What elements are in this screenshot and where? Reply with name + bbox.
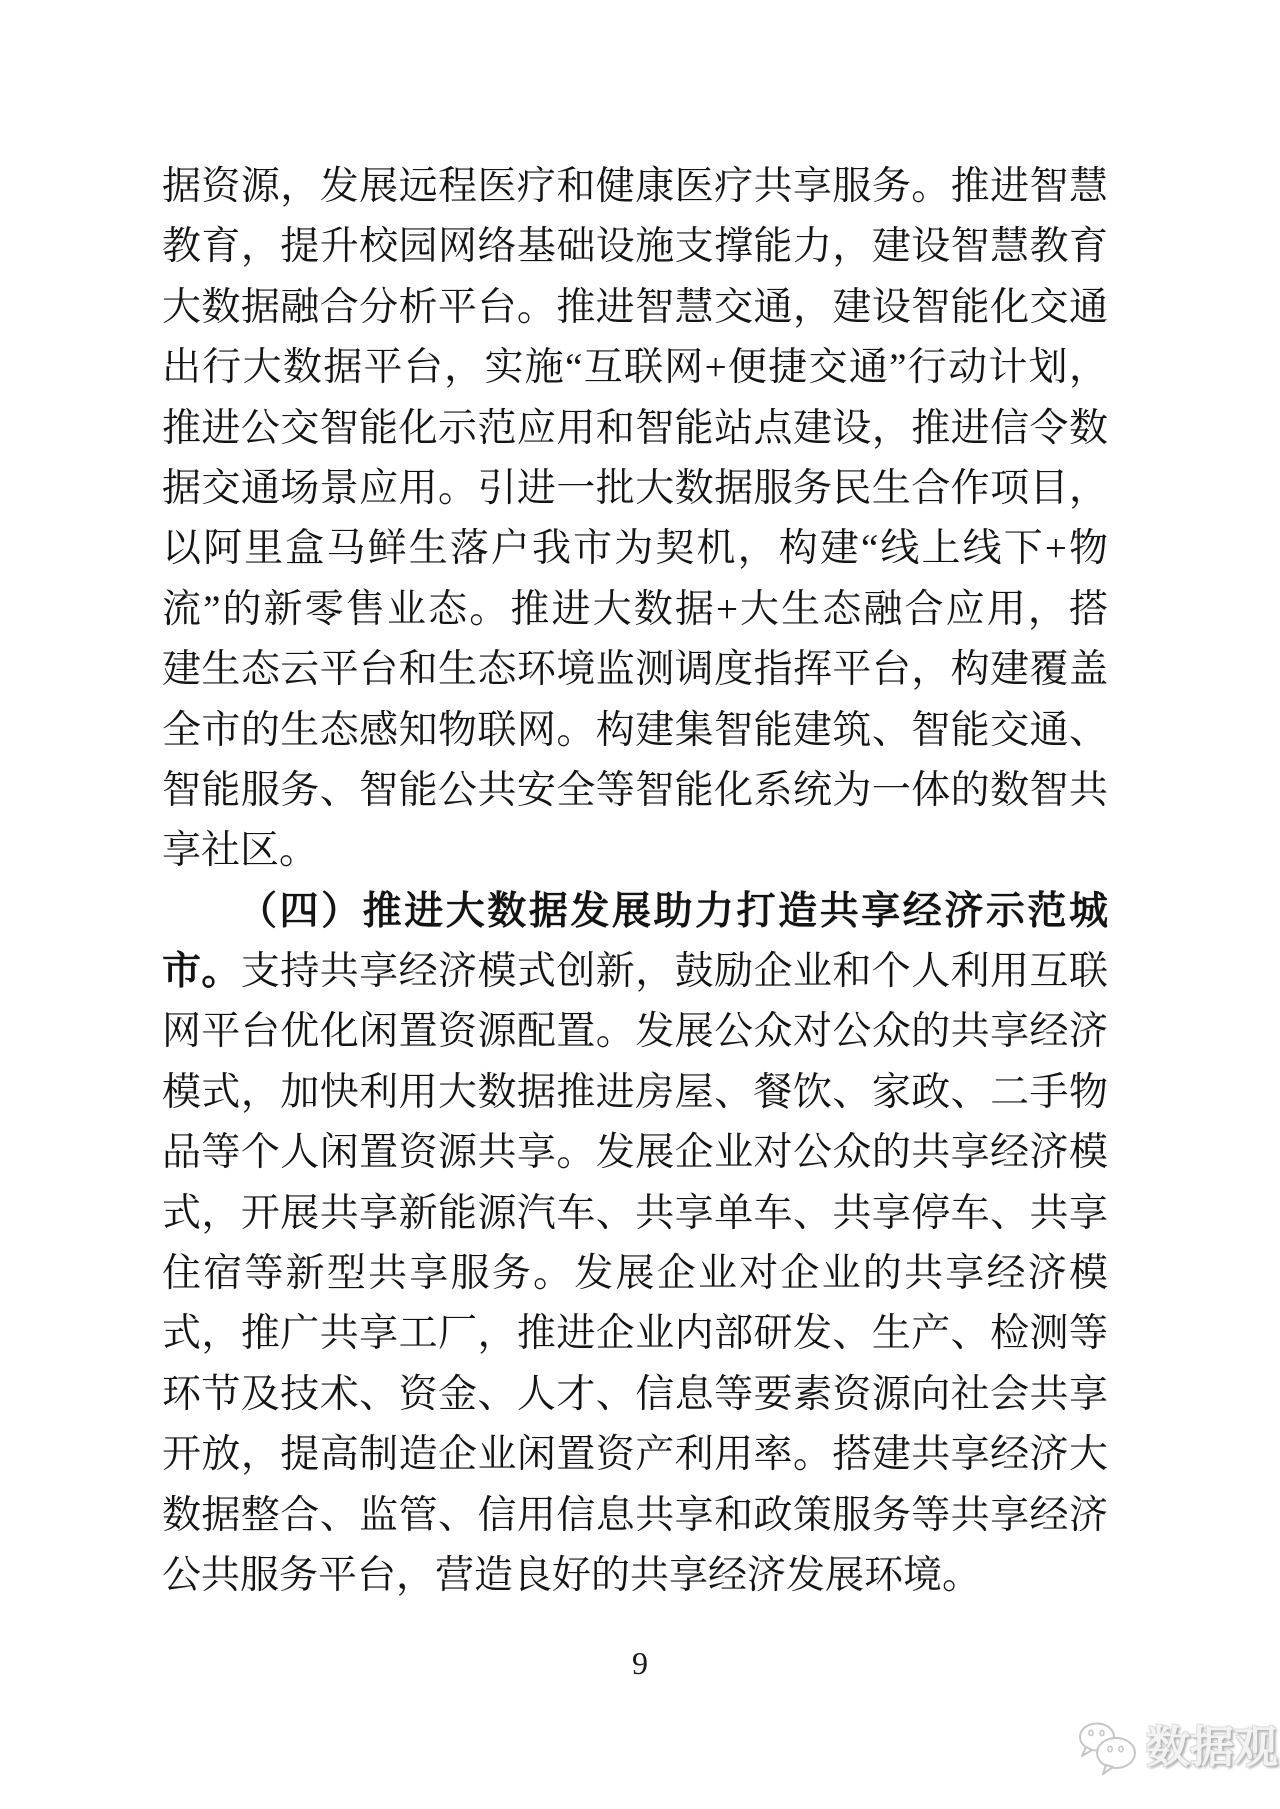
line-text: 智能服务、智能公共安全等智能化系统为一体的数智共 [162, 769, 1108, 812]
line-text: 开放，提高制造企业闲置资产利用率。搭建共享经济大 [162, 1433, 1108, 1476]
section-heading: （四）推进大数据发展助力打造共享经济示范城 [162, 882, 1108, 942]
text-line: 全市的生态感知物联网。构建集智能建筑、智能交通、 [162, 701, 1108, 761]
line-text: 推进公交智能化示范应用和智能站点建设，推进信令数 [162, 407, 1108, 450]
wechat-bubbles-icon [1076, 1720, 1138, 1776]
line-text: 以阿里盒马鲜生落户我市为契机，构建“线上线下+物 [162, 527, 1108, 570]
text-line: 环节及技术、资金、人才、信息等要素资源向社会共享 [162, 1365, 1108, 1425]
text-line: 据资源，发展远程医疗和健康医疗共享服务。推进智慧 [162, 157, 1108, 217]
line-text: 模式，加快利用大数据推进房屋、餐饮、家政、二手物 [162, 1071, 1108, 1114]
text-line: 推进公交智能化示范应用和智能站点建设，推进信令数 [162, 399, 1108, 459]
text-line: 据交通场景应用。引进一批大数据服务民生合作项目， [162, 459, 1108, 519]
text-line: 大数据融合分析平台。推进智慧交通，建设智能化交通 [162, 278, 1108, 338]
text-line: 住宿等新型共享服务。发展企业对企业的共享经济模 [162, 1244, 1108, 1304]
text-line: 流”的新零售业态。推进大数据+大生态融合应用，搭 [162, 580, 1108, 640]
line-text: 流”的新零售业态。推进大数据+大生态融合应用，搭 [162, 588, 1108, 631]
text-line: 式，开展共享新能源汽车、共享单车、共享停车、共享 [162, 1184, 1108, 1244]
text-line: 品等个人闲置资源共享。发展企业对公众的共享经济模 [162, 1123, 1108, 1183]
line-text: 据资源，发展远程医疗和健康医疗共享服务。推进智慧 [162, 165, 1108, 208]
line-bold-text: 市。 [162, 950, 241, 993]
line-text: 公共服务平台，营造良好的共享经济发展环境。 [162, 1554, 981, 1597]
body-text: 据资源，发展远程医疗和健康医疗共享服务。推进智慧 教育，提升校园网络基础设施支撑… [162, 157, 1108, 1606]
text-line: 数据整合、监管、信用信息共享和政策服务等共享经济 [162, 1486, 1108, 1546]
document-page: 据资源，发展远程医疗和健康医疗共享服务。推进智慧 教育，提升校园网络基础设施支撑… [0, 0, 1280, 1809]
text-line: 网平台优化闲置资源配置。发展公众对公众的共享经济 [162, 1002, 1108, 1062]
text-line: 公共服务平台，营造良好的共享经济发展环境。 [162, 1546, 1108, 1606]
line-bold-text: （四）推进大数据发展助力打造共享经济示范城 [238, 890, 1108, 933]
line-text: 大数据融合分析平台。推进智慧交通，建设智能化交通 [162, 286, 1108, 329]
text-line: 教育，提升校园网络基础设施支撑能力，建设智慧教育 [162, 217, 1108, 277]
text-line: 以阿里盒马鲜生落户我市为契机，构建“线上线下+物 [162, 519, 1108, 579]
text-line: 享社区。 [162, 821, 1108, 881]
text-line: 建生态云平台和生态环境监测调度指挥平台，构建覆盖 [162, 640, 1108, 700]
line-text: 品等个人闲置资源共享。发展企业对公众的共享经济模 [162, 1131, 1108, 1174]
text-line: 出行大数据平台，实施“互联网+便捷交通”行动计划， [162, 338, 1108, 398]
line-text: 数据整合、监管、信用信息共享和政策服务等共享经济 [162, 1494, 1108, 1537]
line-text: 教育，提升校园网络基础设施支撑能力，建设智慧教育 [162, 225, 1108, 268]
line-text: 环节及技术、资金、人才、信息等要素资源向社会共享 [162, 1373, 1108, 1416]
brand-name: 数据观 [1146, 1722, 1278, 1774]
line-text: 式，推广共享工厂，推进企业内部研发、生产、检测等 [162, 1312, 1108, 1355]
line-text: 支持共享经济模式创新，鼓励企业和个人利用互联 [241, 950, 1108, 993]
text-line: 开放，提高制造企业闲置资产利用率。搭建共享经济大 [162, 1425, 1108, 1485]
line-text: 享社区。 [162, 829, 318, 872]
line-text: 全市的生态感知物联网。构建集智能建筑、智能交通、 [162, 709, 1108, 752]
page-number: 9 [0, 1645, 1280, 1682]
line-text: 建生态云平台和生态环境监测调度指挥平台，构建覆盖 [162, 648, 1108, 691]
text-line: 模式，加快利用大数据推进房屋、餐饮、家政、二手物 [162, 1063, 1108, 1123]
line-text: 网平台优化闲置资源配置。发展公众对公众的共享经济 [162, 1010, 1108, 1053]
text-line: 式，推广共享工厂，推进企业内部研发、生产、检测等 [162, 1304, 1108, 1364]
line-text: 式，开展共享新能源汽车、共享单车、共享停车、共享 [162, 1192, 1108, 1235]
brand-watermark: 数据观 [1076, 1720, 1278, 1776]
text-line: 市。支持共享经济模式创新，鼓励企业和个人利用互联 [162, 942, 1108, 1002]
text-line: 智能服务、智能公共安全等智能化系统为一体的数智共 [162, 761, 1108, 821]
line-text: 住宿等新型共享服务。发展企业对企业的共享经济模 [162, 1252, 1108, 1295]
line-text: 据交通场景应用。引进一批大数据服务民生合作项目， [162, 467, 1108, 510]
line-text: 出行大数据平台，实施“互联网+便捷交通”行动计划， [162, 346, 1108, 389]
